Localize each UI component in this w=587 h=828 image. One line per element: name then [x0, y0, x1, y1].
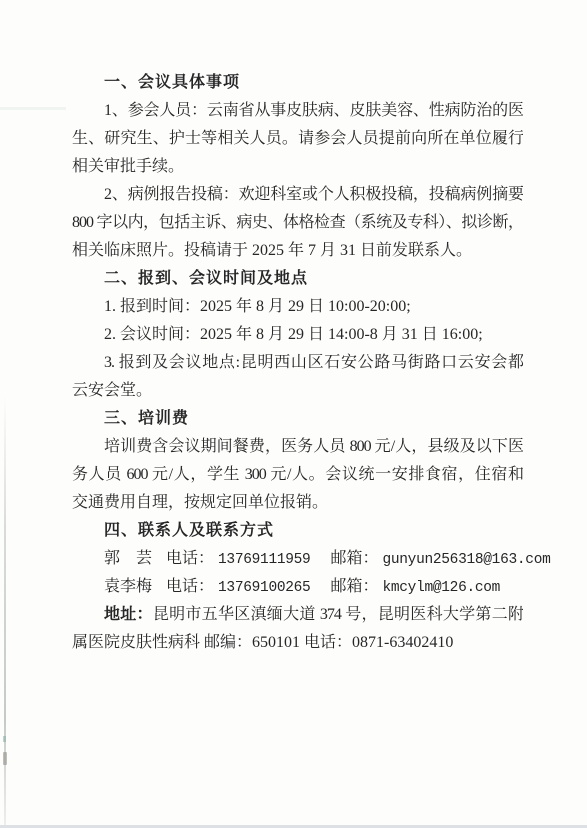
contact-row: 袁李梅 电话： 13769100265 邮箱： kmcylm@126.com — [72, 573, 523, 601]
address-text: 昆明市五华区滇缅大道 374 号，昆明医科大学第二附 — [153, 606, 523, 623]
address-line: 地址：昆明市五华区滇缅大道 374 号，昆明医科大学第二附 — [72, 601, 523, 629]
contact-email-label: 邮箱： — [330, 578, 378, 595]
contact-phone: 13769111959 — [218, 552, 310, 568]
text-line: 1. 报到时间：2025 年 8 月 29 日 10:00-20:00; — [72, 293, 523, 321]
text-line: 相关审批手续。 — [72, 153, 523, 181]
text-line: 生、研究生、护士等相关人员。请参会人员提前向所在单位履行 — [72, 125, 523, 153]
contact-email: gunyun256318@163.com — [382, 552, 550, 568]
contact-row: 郭 芸 电话： 13769111959 邮箱： gunyun256318@163… — [72, 545, 523, 573]
contact-phone-label: 电话： — [166, 550, 214, 567]
scanned-document-page: 一、会议具体事项 1、参会人员：云南省从事皮肤病、皮肤美容、性病防治的医 生、研… — [0, 0, 587, 828]
address-label: 地址： — [104, 606, 153, 623]
section-3-heading: 三、培训费 — [72, 405, 523, 433]
contact-phone-label: 电话： — [166, 578, 214, 595]
scan-artifact-left-blob — [3, 752, 7, 765]
text-line: 2、病例报告投稿：欢迎科室或个人积极投稿，投稿病例摘要 — [72, 181, 523, 209]
text-line: 2. 会议时间：2025 年 8 月 29 日 14:00-8 月 31 日 1… — [72, 321, 523, 349]
text-line: 800 字以内，包括主诉、病史、体格检查（系统及专科）、拟诊断， — [72, 209, 523, 237]
contact-email: kmcylm@126.com — [382, 580, 500, 596]
text-line: 云安会堂。 — [72, 377, 523, 405]
contact-name: 袁李梅 — [104, 573, 152, 601]
section-4-heading: 四、联系人及联系方式 — [72, 517, 523, 545]
section-1-heading: 一、会议具体事项 — [72, 69, 523, 97]
text-line: 3. 报到及会议地点:昆明西山区石安公路马街路口云安会都 — [72, 349, 523, 377]
contact-email-label: 邮箱： — [330, 550, 378, 567]
text-line: 培训费含会议期间餐费，医务人员 800 元/人，县级及以下医 — [72, 433, 523, 461]
text-line: 交通费用自理，按规定回单位报销。 — [72, 489, 523, 517]
address-line: 属医院皮肤性病科 邮编：650101 电话：0871-63402410 — [72, 629, 523, 657]
text-line: 1、参会人员：云南省从事皮肤病、皮肤美容、性病防治的医 — [72, 97, 523, 125]
scan-artifact-left-mark — [3, 736, 6, 742]
scan-artifact-left-edge-line — [4, 396, 6, 828]
document-content: 一、会议具体事项 1、参会人员：云南省从事皮肤病、皮肤美容、性病防治的医 生、研… — [72, 69, 523, 657]
contact-name: 郭 芸 — [104, 545, 152, 573]
text-line: 相关临床照片。投稿请于 2025 年 7 月 31 日前发联系人。 — [72, 237, 523, 265]
section-2-heading: 二、报到、会议时间及地点 — [72, 265, 523, 293]
contact-phone: 13769100265 — [218, 580, 310, 596]
scan-artifact-streak — [0, 107, 66, 110]
text-line: 务人员 600 元/人，学生 300 元/人。会议统一安排食宿，住宿和 — [72, 461, 523, 489]
